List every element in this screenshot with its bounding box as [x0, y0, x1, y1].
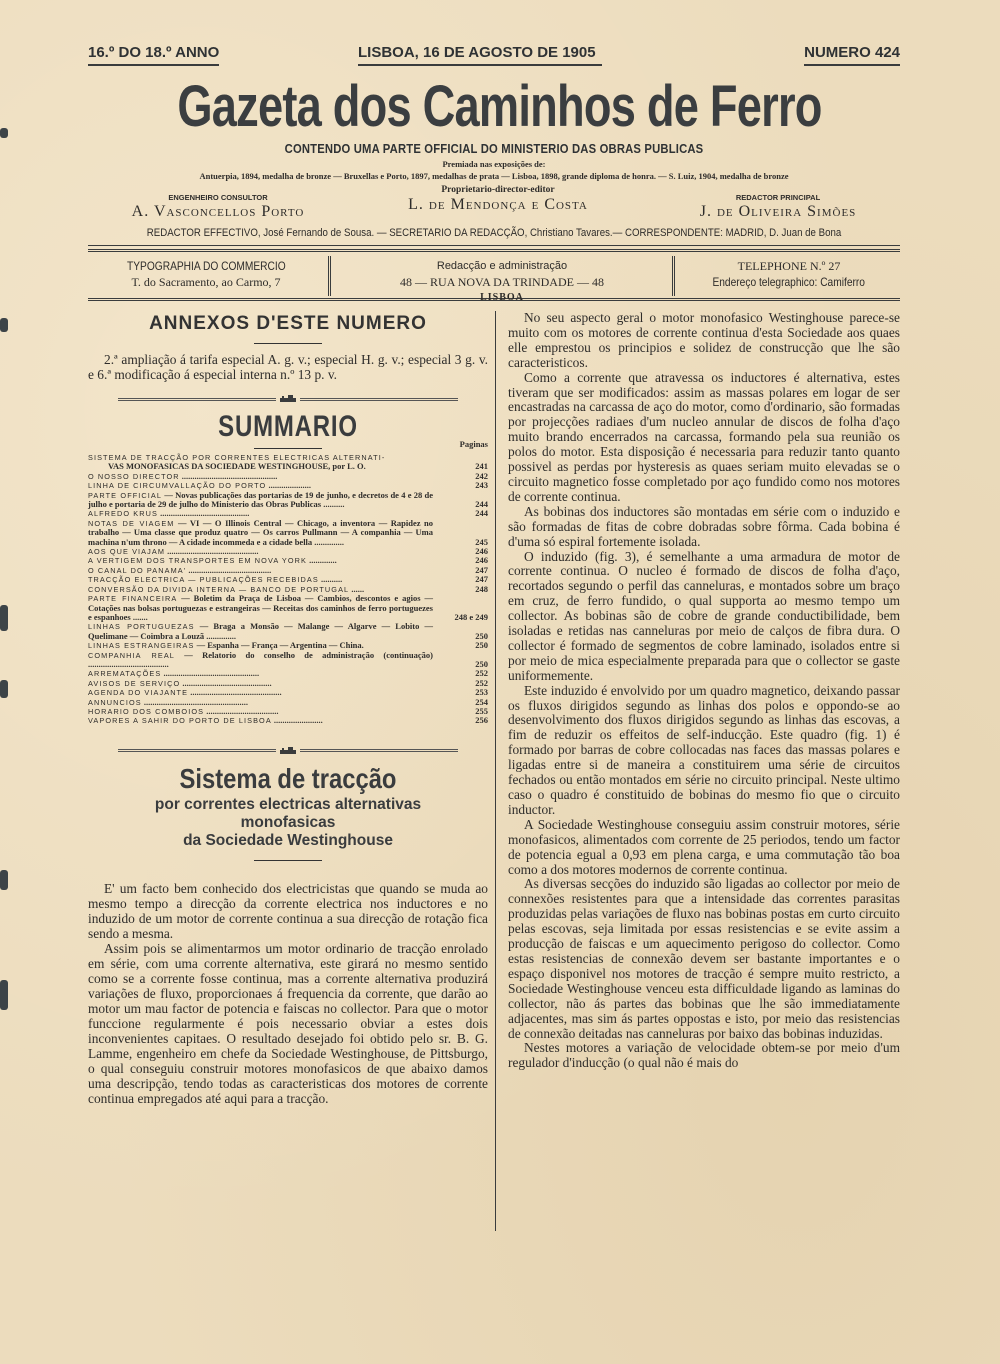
contact-infobox: TYPOGRAPHIA DO COMMERCIO T. do Sacrament… — [88, 249, 900, 301]
binding-mark — [0, 318, 8, 332]
staff-role: REDACTOR PRINCIPAL — [648, 193, 908, 202]
toc-entry[interactable]: TRACÇÃO ELECTRICA — PUBLICAÇÕES RECEBIDA… — [88, 575, 488, 584]
newspaper-page: 16.º DO 18.º ANNO LISBOA, 16 DE AGOSTO D… — [88, 44, 900, 1251]
masthead-subtitle: CONTENDO UMA PARTE OFFICIAL DO MINISTERI… — [129, 142, 860, 156]
editorial-staff-line: REDACTOR EFFECTIVO, José Fernando de Sou… — [137, 227, 852, 239]
article-left-body: E' um facto bem conhecido dos electricis… — [88, 881, 488, 1106]
toc-entry[interactable]: COMPANHIA REAL — Relatorio do conselho d… — [88, 651, 488, 670]
staff-role: Proprietario-director-editor — [363, 185, 633, 195]
section-ornament — [118, 394, 458, 404]
telegraph-address: Endereço telegraphico: Camiferro — [713, 274, 866, 290]
masthead-title: Gazeta dos Caminhos de Ferro — [177, 74, 810, 140]
annexos-text: 2.ª ampliação á tarifa especial A. g. v.… — [88, 352, 488, 382]
left-column: ANNEXOS D'ESTE NUMERO 2.ª ampliação á ta… — [88, 311, 488, 1106]
toc-page-number: 243 — [433, 481, 488, 490]
right-column: No seu aspecto geral o motor monofasico … — [508, 311, 900, 1071]
article-paragraph: Nestes motores a variação de velocidade … — [508, 1041, 900, 1071]
toc-entry[interactable]: PARTE OFFICIAL — Novas publicações das p… — [88, 491, 488, 510]
column-divider — [328, 256, 331, 296]
binding-mark — [0, 605, 8, 631]
article-paragraph: Este induzido é envolvido por um quadro … — [508, 684, 900, 818]
article-paragraph: E' um facto bem conhecido dos electricis… — [88, 881, 488, 941]
binding-mark — [0, 870, 8, 890]
toc-entry[interactable]: NOTAS DE VIAGEM — VI — O Illinois Centra… — [88, 519, 488, 547]
locomotive-icon — [278, 746, 298, 756]
binding-mark — [0, 980, 8, 1010]
article-subtitle-line2: monofasicas — [88, 814, 488, 832]
staff-consultor: ENGENHEIRO CONSULTOR A. Vasconcellos Por… — [88, 193, 348, 221]
awards-intro: Premiada nas exposições de: — [88, 159, 900, 169]
annexos-paragraph: 2.ª ampliação á tarifa especial A. g. v.… — [88, 352, 488, 382]
staff-credits: ENGENHEIRO CONSULTOR A. Vasconcellos Por… — [88, 185, 900, 227]
column-divider — [672, 256, 675, 296]
typography-address: T. do Sacramento, ao Carmo, 7 — [88, 274, 324, 290]
telephone-info: TELEPHONE N.º 27 Endereço telegraphico: … — [678, 258, 900, 290]
binding-mark — [0, 128, 8, 138]
staff-name: J. de Oliveira Simões — [648, 203, 908, 221]
staff-role: ENGENHEIRO CONSULTOR — [88, 193, 348, 202]
article-paragraph: No seu aspecto geral o motor monofasico … — [508, 311, 900, 371]
typography-info: TYPOGRAPHIA DO COMMERCIO T. do Sacrament… — [88, 258, 324, 290]
toc-entry[interactable]: SISTEMA DE TRACÇÃO POR CORRENTES ELECTRI… — [88, 453, 488, 472]
staff-redactor: REDACTOR PRINCIPAL J. de Oliveira Simões — [648, 193, 908, 221]
redaccao-city: LISBOA — [336, 290, 668, 306]
dateline: LISBOA, 16 DE AGOSTO DE 1905 — [358, 44, 602, 66]
staff-name: A. Vasconcellos Porto — [88, 203, 348, 221]
redaccao-label: Redacção e administração — [336, 258, 668, 274]
issue-number: NUMERO 424 — [804, 44, 900, 66]
table-of-contents: SISTEMA DE TRACÇÃO POR CORRENTES ELECTRI… — [88, 453, 488, 726]
toc-entry[interactable]: ARREMATAÇÕES ...........................… — [88, 669, 488, 678]
column-rule — [495, 311, 496, 1231]
article-subtitle-line3: da Sociedade Westinghouse — [88, 832, 488, 850]
divider — [254, 343, 322, 344]
locomotive-icon — [278, 394, 298, 404]
toc-page-number: 250 — [433, 641, 488, 650]
redaccao-address: 48 — RUA NOVA DA TRINDADE — 48 — [336, 274, 668, 290]
typography-name: TYPOGRAPHIA DO COMMERCIO — [127, 258, 286, 274]
article-columns: ANNEXOS D'ESTE NUMERO 2.ª ampliação á ta… — [88, 311, 900, 1251]
toc-entry[interactable]: AVISOS DE SERVIÇO ......................… — [88, 679, 488, 688]
section-ornament — [118, 746, 458, 756]
toc-entry[interactable]: LINHAS PORTUGUEZAS — Braga a Monsão — Ma… — [88, 622, 488, 641]
article-paragraph: As bobinas dos inductores são montadas e… — [508, 505, 900, 550]
redaccao-info: Redacção e administração 48 — RUA NOVA D… — [336, 258, 668, 306]
issue-meta-line: 16.º DO 18.º ANNO LISBOA, 16 DE AGOSTO D… — [88, 44, 900, 68]
toc-entry[interactable]: PARTE FINANCEIRA — Boletim da Praça de L… — [88, 594, 488, 622]
article-paragraph: Como a corrente que atravessa os inducto… — [508, 371, 900, 505]
binding-mark — [0, 680, 8, 698]
divider — [254, 860, 322, 861]
awards-list: Antuerpia, 1894, medalha de bronze — Bru… — [88, 171, 900, 181]
article-subtitle-line1: por correntes electricas alternativas — [88, 796, 488, 814]
toc-page-number: 256 — [433, 716, 488, 725]
toc-entry[interactable]: ANNUNCIOS ..............................… — [88, 698, 488, 707]
toc-page-number: 244 — [433, 509, 488, 518]
article-paragraph: As diversas secções do induzido são liga… — [508, 877, 900, 1041]
telephone-number: TELEPHONE N.º 27 — [678, 258, 900, 274]
article-paragraph: A Sociedade Westinghouse conseguiu assim… — [508, 818, 900, 878]
year-label: 16.º DO 18.º ANNO — [88, 44, 219, 66]
toc-entry[interactable]: A VERTIGEM DOS TRANSPORTES EM NOVA YORK … — [88, 556, 488, 565]
toc-entry[interactable]: O CANAL DO PANAMA' .....................… — [88, 566, 488, 575]
annexos-heading: ANNEXOS D'ESTE NUMERO — [88, 313, 488, 335]
article-title: Sistema de tracção — [118, 762, 458, 796]
summario-heading: SUMMARIO — [128, 410, 448, 444]
toc-page-number: 248 e 249 — [433, 613, 488, 622]
article-paragraph: O induzido (fig. 3), é semelhante a uma … — [508, 550, 900, 684]
toc-page-number: 248 — [433, 585, 488, 594]
article-right-body: No seu aspecto geral o motor monofasico … — [508, 311, 900, 1071]
article-paragraph: Assim pois se alimentarmos um motor ordi… — [88, 941, 488, 1106]
toc-entry[interactable]: VAPORES A SAHIR DO PORTO DE LISBOA .....… — [88, 716, 488, 725]
staff-editor: Proprietario-director-editor L. de Mendo… — [363, 185, 633, 214]
staff-name: L. de Mendonça e Costa — [363, 196, 633, 214]
